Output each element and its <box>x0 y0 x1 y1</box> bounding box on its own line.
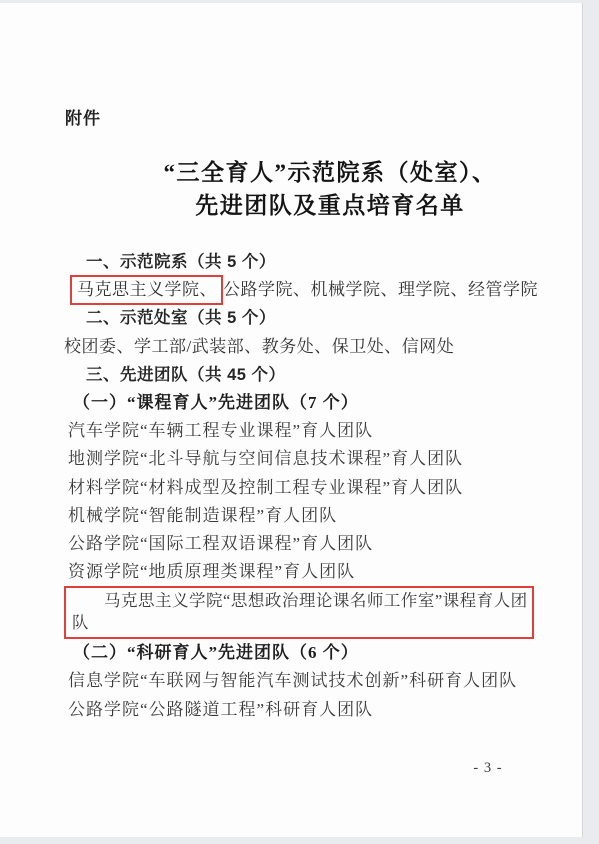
section-2-content: 校团委、学工部/武装部、教务处、保卫处、信网处 <box>64 333 583 361</box>
section-2-heading: 二、示范处室（共 5 个） <box>86 304 583 332</box>
list-item: 信息学院“车联网与智能汽车测试技术创新”科研育人团队 <box>68 667 583 695</box>
document-title-line-1: “三全育人”示范院系（处室）、 <box>64 156 596 189</box>
section-1-heading: 一、示范院系（共 5 个） <box>86 248 583 276</box>
document-title: “三全育人”示范院系（处室）、 先进团队及重点培育名单 <box>64 156 596 222</box>
list-item: 汽车学院“车辆工程专业课程”育人团队 <box>68 417 583 445</box>
list-item: 地测学院“北斗导航与空间信息技术课程”育人团队 <box>68 445 583 473</box>
subsection-2-heading: （二）“科研育人”先进团队（6 个） <box>73 639 583 667</box>
page-number: - 3 - <box>430 760 546 777</box>
list-item: 机械学院“智能制造课程”育人团队 <box>68 502 583 530</box>
list-item: 资源学院“地质原理类课程”育人团队 <box>68 558 583 586</box>
document-title-line-2: 先进团队及重点培育名单 <box>64 189 596 222</box>
highlighted-item-line-1: 马克思主义学院“思想政治理论课名师工作室”课程育人团 <box>72 590 528 612</box>
section-1-content-rest: 公路学院、机械学院、理学院、经管学院 <box>223 280 538 299</box>
list-item: 公路学院“公路隧道工程”科研育人团队 <box>68 696 583 724</box>
highlight-box-course-team: 马克思主义学院“思想政治理论课名师工作室”课程育人团 队 <box>64 586 534 639</box>
document-body: 一、示范院系（共 5 个） 马克思主义学院、公路学院、机械学院、理学院、经管学院… <box>0 248 583 724</box>
subsection-1-heading: （一）“课程育人”先进团队（7 个） <box>73 389 583 417</box>
section-1-content: 马克思主义学院、公路学院、机械学院、理学院、经管学院 <box>70 276 583 304</box>
document-page: 附件 “三全育人”示范院系（处室）、 先进团队及重点培育名单 一、示范院系（共 … <box>0 3 583 837</box>
list-item: 材料学院“材料成型及控制工程专业课程”育人团队 <box>68 474 583 502</box>
section-3-heading: 三、先进团队（共 45 个） <box>86 361 583 389</box>
highlighted-item-line-2: 队 <box>72 612 528 634</box>
list-item: 公路学院“国际工程双语课程”育人团队 <box>68 530 583 558</box>
attachment-label: 附件 <box>65 104 101 129</box>
highlight-box-departments: 马克思主义学院、 <box>70 275 223 305</box>
